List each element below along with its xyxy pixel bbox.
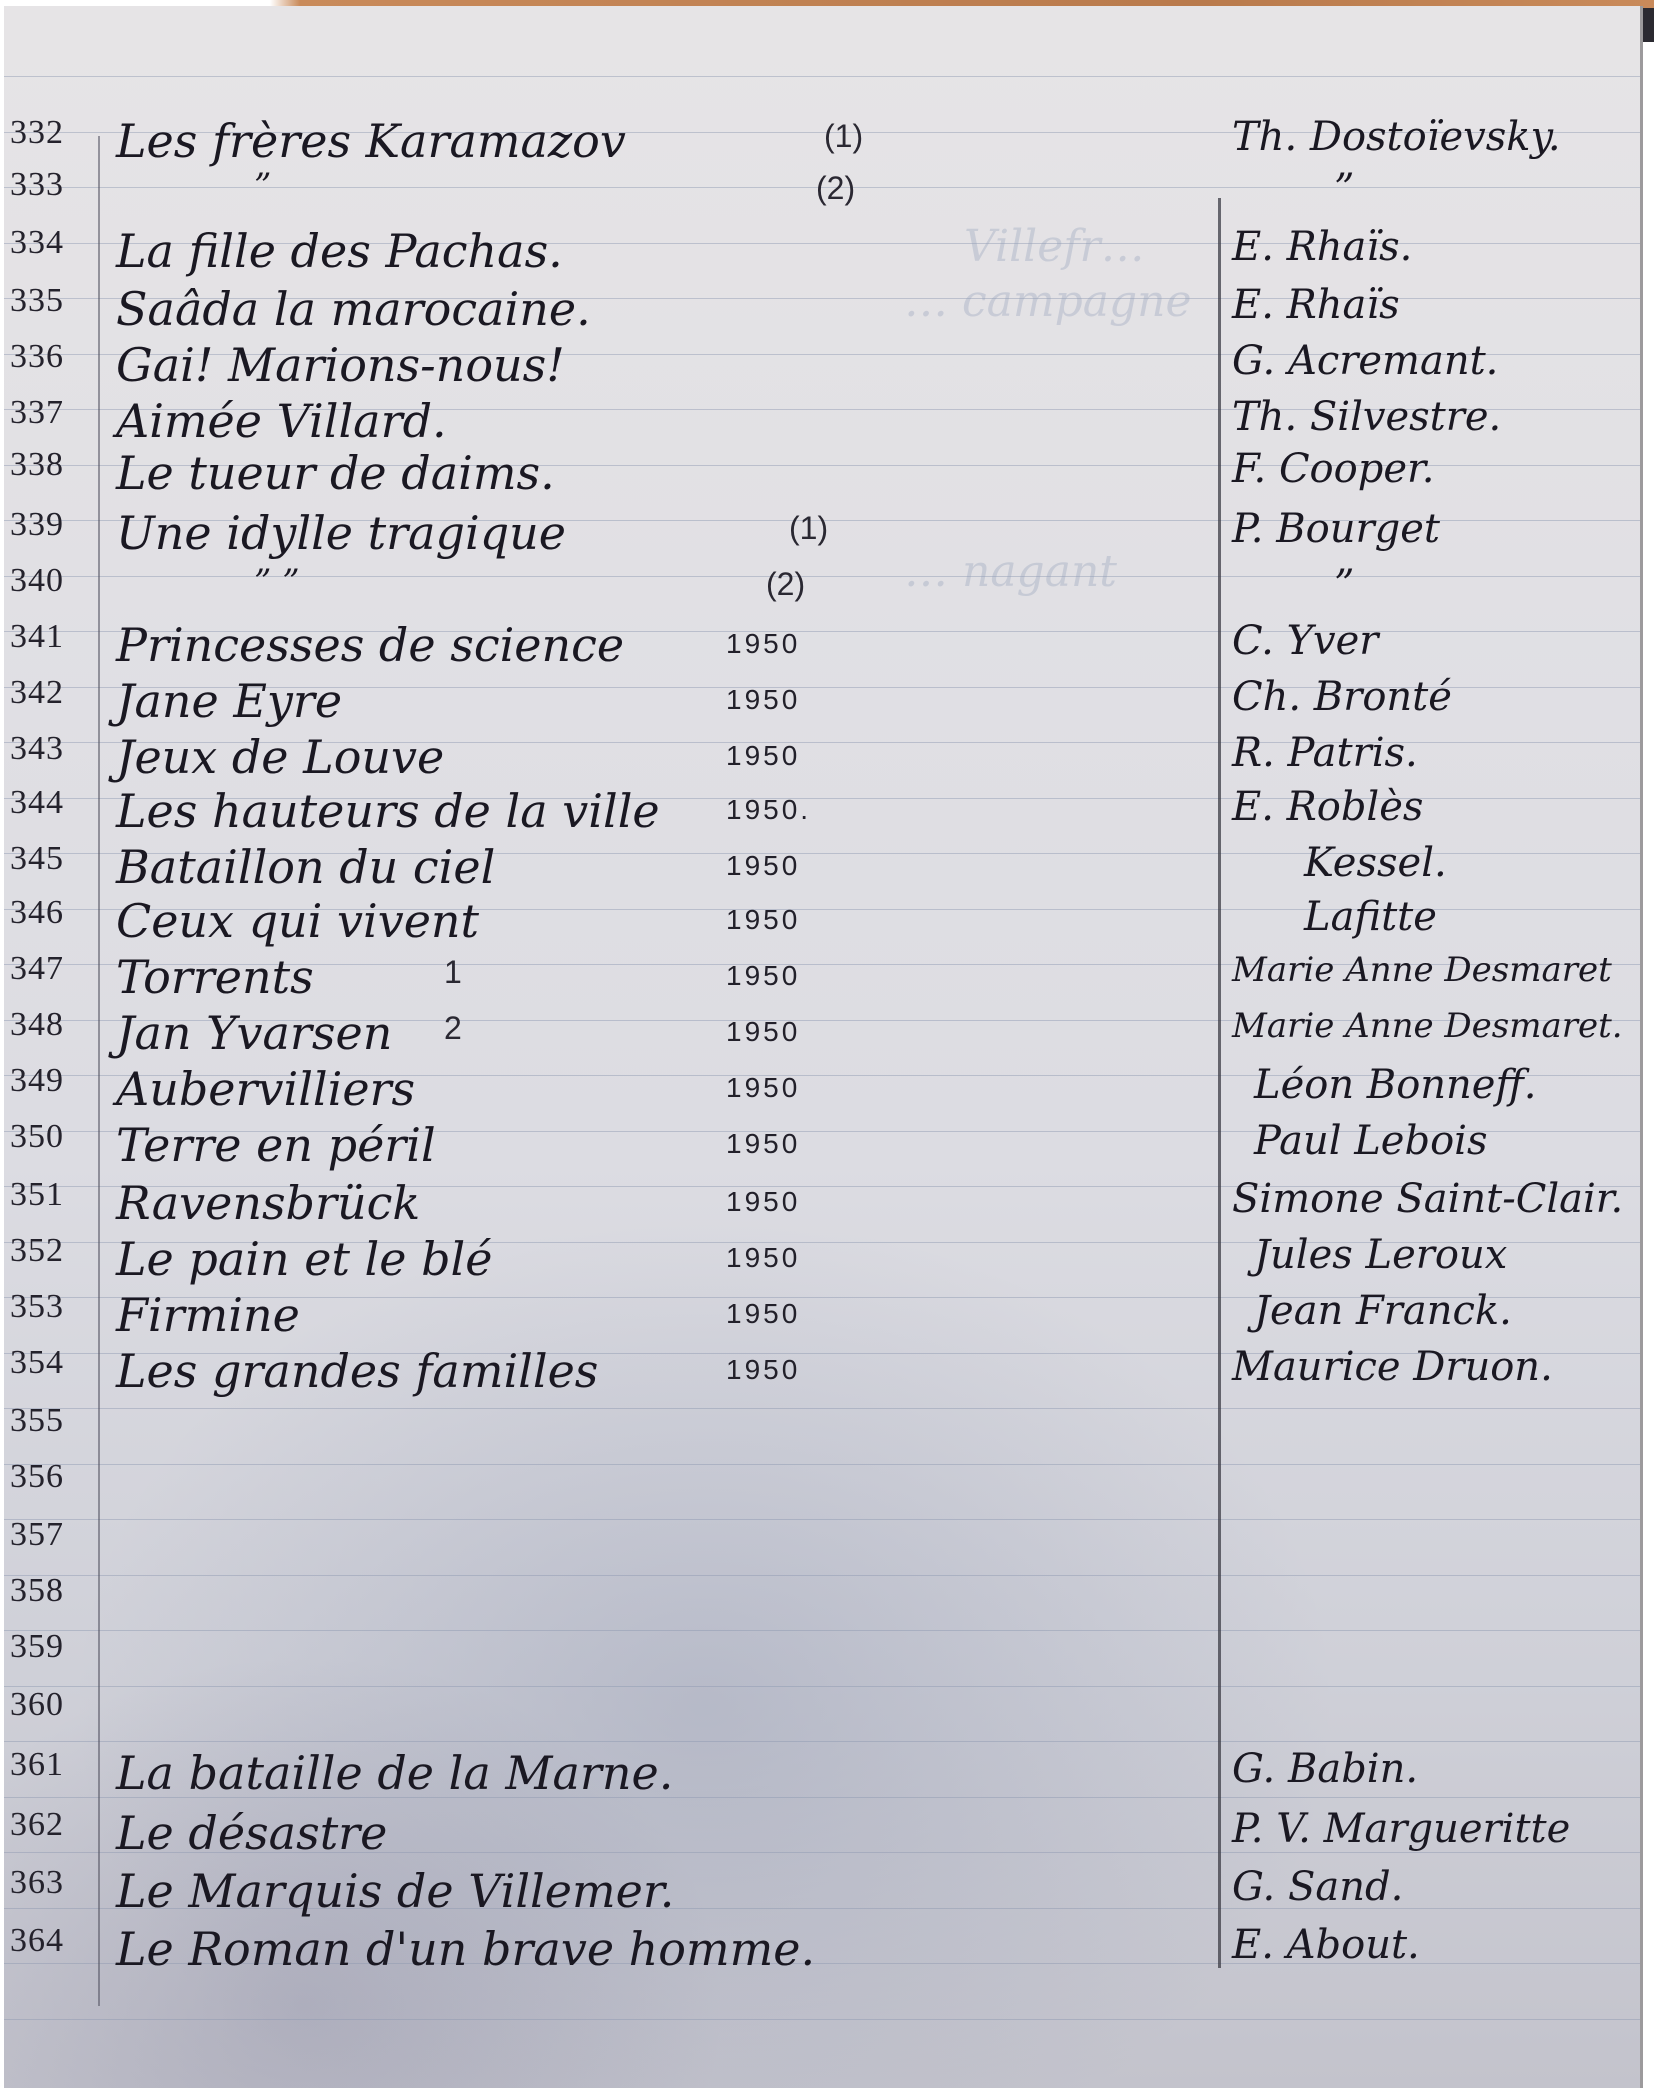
acquisition-year: 1950: [726, 960, 800, 992]
register-row: 350 Terre en péril 1950 Paul Lebois: [4, 1118, 1640, 1174]
book-title: Saâda la marocaine.: [116, 282, 591, 336]
entry-number: 349: [10, 1062, 64, 1100]
register-row: 335 Saâda la marocaine. E. Rhaïs: [4, 282, 1640, 338]
book-author: E. Rhaïs: [1232, 282, 1400, 328]
entry-number: 347: [10, 950, 64, 988]
acquisition-year: 1950: [726, 1016, 800, 1048]
register-row: 339 Une idylle tragique (1) P. Bourget: [4, 506, 1640, 562]
entry-number: 362: [10, 1806, 64, 1844]
book-title: Jane Eyre: [116, 674, 342, 728]
register-row: 340 ” ” (2) ”: [4, 562, 1640, 618]
acquisition-year: 1950: [726, 684, 800, 716]
register-row: 357: [4, 1516, 1640, 1572]
entry-number: 353: [10, 1288, 64, 1326]
acquisition-year: 1950: [726, 1354, 800, 1386]
book-title: Terre en péril: [116, 1118, 436, 1172]
acquisition-year: 1950: [726, 740, 800, 772]
acquisition-year: 1950.: [726, 794, 811, 826]
book-author: E. Roblès: [1232, 784, 1423, 830]
rule-line: [4, 76, 1640, 77]
book-title: Les frères Karamazov: [116, 114, 626, 168]
book-author: Ch. Bronté: [1232, 674, 1452, 720]
register-row: 354 Les grandes familles 1950 Maurice Dr…: [4, 1344, 1640, 1400]
volume-marker: (2): [816, 170, 855, 207]
book-title: Aimée Villard.: [116, 394, 447, 448]
entry-number: 348: [10, 1006, 64, 1044]
entry-number: 352: [10, 1232, 64, 1270]
book-author: E. About.: [1232, 1922, 1420, 1968]
register-row: 343 Jeux de Louve 1950 R. Patris.: [4, 730, 1640, 786]
register-row: 351 Ravensbrück 1950 Simone Saint-Clair.: [4, 1176, 1640, 1232]
book-author: Th. Silvestre.: [1232, 394, 1501, 440]
entry-number: 350: [10, 1118, 64, 1156]
book-title: Le désastre: [116, 1806, 387, 1860]
book-title: Ceux qui vivent: [116, 894, 479, 948]
entry-number: 358: [10, 1572, 64, 1610]
book-author: Maurice Druon.: [1232, 1344, 1553, 1390]
book-title: Jan Yvarsen: [116, 1006, 392, 1060]
register-row: 346 Ceux qui vivent 1950 Lafitte: [4, 894, 1640, 950]
book-author: Simone Saint-Clair.: [1232, 1176, 1623, 1222]
book-title: Gai! Marions-nous!: [116, 338, 565, 392]
book-title: Le pain et le blé: [116, 1232, 493, 1286]
book-author: P. V. Margueritte: [1232, 1806, 1570, 1852]
volume-marker: (2): [766, 566, 805, 603]
register-row: 345 Bataillon du ciel 1950 Kessel.: [4, 840, 1640, 896]
register-row: 334 La fille des Pachas. E. Rhaïs.: [4, 224, 1640, 280]
register-row: 360: [4, 1686, 1640, 1742]
entry-number: 360: [10, 1686, 64, 1724]
register-row: 364 Le Roman d'un brave homme. E. About.: [4, 1922, 1640, 1978]
register-row: 349 Aubervilliers 1950 Léon Bonneff.: [4, 1062, 1640, 1118]
book-title: Torrents: [116, 950, 314, 1004]
register-row: 352 Le pain et le blé 1950 Jules Leroux: [4, 1232, 1640, 1288]
book-author: E. Rhaïs.: [1232, 224, 1412, 270]
acquisition-year: 1950: [726, 850, 800, 882]
book-author: R. Patris.: [1232, 730, 1418, 776]
entry-number: 344: [10, 784, 64, 822]
book-title: Les hauteurs de la ville: [116, 784, 660, 838]
register-row: 363 Le Marquis de Villemer. G. Sand.: [4, 1864, 1640, 1920]
book-author: Th. Dostoïevsky.: [1232, 114, 1561, 160]
book-author: Jean Franck.: [1254, 1288, 1512, 1334]
acquisition-year: 1950: [726, 1242, 800, 1274]
book-author: F. Cooper.: [1232, 446, 1434, 492]
book-author: G. Acremant.: [1232, 338, 1498, 384]
register-row: 348 Jan Yvarsen 2 1950 Marie Anne Desmar…: [4, 1006, 1640, 1062]
book-author: Jules Leroux: [1254, 1232, 1507, 1278]
entry-number: 333: [10, 166, 64, 204]
book-author: G. Sand.: [1232, 1864, 1403, 1910]
book-title: Princesses de science: [116, 618, 624, 672]
book-title: Firmine: [116, 1288, 300, 1342]
register-row: 355: [4, 1402, 1640, 1458]
entry-number: 354: [10, 1344, 64, 1382]
book-title: Le Marquis de Villemer.: [116, 1864, 674, 1918]
ledger-page: Villefr… … campagne … nagant 332 Les frè…: [4, 6, 1643, 2088]
volume-marker: 2: [444, 1010, 462, 1047]
acquisition-year: 1950: [726, 904, 800, 936]
book-title: ”: [254, 166, 271, 206]
entry-number: 364: [10, 1922, 64, 1960]
register-row: 361 La bataille de la Marne. G. Babin.: [4, 1746, 1640, 1802]
entry-number: 351: [10, 1176, 64, 1214]
register-row: 333 ” (2) ”: [4, 166, 1640, 222]
book-title: Le Roman d'un brave homme.: [116, 1922, 815, 1976]
entry-number: 345: [10, 840, 64, 878]
book-author: Lafitte: [1304, 894, 1437, 940]
volume-marker: 1: [444, 954, 462, 991]
entry-number: 338: [10, 446, 64, 484]
volume-marker: (1): [824, 118, 863, 155]
book-title: Les grandes familles: [116, 1344, 598, 1398]
book-title: Aubervilliers: [116, 1062, 415, 1116]
entry-number: 339: [10, 506, 64, 544]
book-title: Bataillon du ciel: [116, 840, 495, 894]
entry-number: 341: [10, 618, 64, 656]
register-row: 332 Les frères Karamazov (1) Th. Dostoïe…: [4, 114, 1640, 170]
entry-number: 355: [10, 1402, 64, 1440]
volume-marker: (1): [789, 510, 828, 547]
entry-number: 359: [10, 1628, 64, 1666]
entry-number: 335: [10, 282, 64, 320]
book-author: Paul Lebois: [1254, 1118, 1487, 1164]
acquisition-year: 1950: [726, 1072, 800, 1104]
book-title: La fille des Pachas.: [116, 224, 563, 278]
register-row: 337 Aimée Villard. Th. Silvestre.: [4, 394, 1640, 450]
entry-number: 357: [10, 1516, 64, 1554]
entry-number: 342: [10, 674, 64, 712]
book-author: Marie Anne Desmaret.: [1232, 1006, 1623, 1046]
book-author: Kessel.: [1304, 840, 1447, 886]
book-author: C. Yver: [1232, 618, 1378, 664]
register-row: 362 Le désastre P. V. Margueritte: [4, 1806, 1640, 1862]
register-row: 347 Torrents 1 1950 Marie Anne Desmaret: [4, 950, 1640, 1006]
entry-number: 346: [10, 894, 64, 932]
book-title: Jeux de Louve: [116, 730, 444, 784]
entry-number: 356: [10, 1458, 64, 1496]
register-row: 342 Jane Eyre 1950 Ch. Bronté: [4, 674, 1640, 730]
entry-number: 332: [10, 114, 64, 152]
book-title: Le tueur de daims.: [116, 446, 555, 500]
book-author: ”: [1334, 166, 1354, 212]
entry-number: 334: [10, 224, 64, 262]
entry-number: 337: [10, 394, 64, 432]
book-title: ” ”: [254, 562, 300, 602]
book-author: ”: [1334, 562, 1354, 608]
book-title: Ravensbrück: [116, 1176, 420, 1230]
book-title: La bataille de la Marne.: [116, 1746, 673, 1800]
register-row: 356: [4, 1458, 1640, 1514]
book-title: Une idylle tragique: [116, 506, 566, 560]
register-row: 358: [4, 1572, 1640, 1628]
register-row: 344 Les hauteurs de la ville 1950. E. Ro…: [4, 784, 1640, 840]
register-row: 359: [4, 1628, 1640, 1684]
entry-number: 340: [10, 562, 64, 600]
entry-number: 343: [10, 730, 64, 768]
rule-line: [4, 2019, 1640, 2020]
entry-number: 336: [10, 338, 64, 376]
entry-number: 363: [10, 1864, 64, 1902]
acquisition-year: 1950: [726, 1298, 800, 1330]
book-author: Marie Anne Desmaret: [1232, 950, 1612, 990]
entry-number: 361: [10, 1746, 64, 1784]
book-author: G. Babin.: [1232, 1746, 1418, 1792]
register-row: 336 Gai! Marions-nous! G. Acremant.: [4, 338, 1640, 394]
register-row: 353 Firmine 1950 Jean Franck.: [4, 1288, 1640, 1344]
register-row: 338 Le tueur de daims. F. Cooper.: [4, 446, 1640, 502]
register-row: 341 Princesses de science 1950 C. Yver: [4, 618, 1640, 674]
acquisition-year: 1950: [726, 1128, 800, 1160]
acquisition-year: 1950: [726, 628, 800, 660]
book-author: P. Bourget: [1232, 506, 1440, 552]
book-author: Léon Bonneff.: [1254, 1062, 1537, 1108]
acquisition-year: 1950: [726, 1186, 800, 1218]
